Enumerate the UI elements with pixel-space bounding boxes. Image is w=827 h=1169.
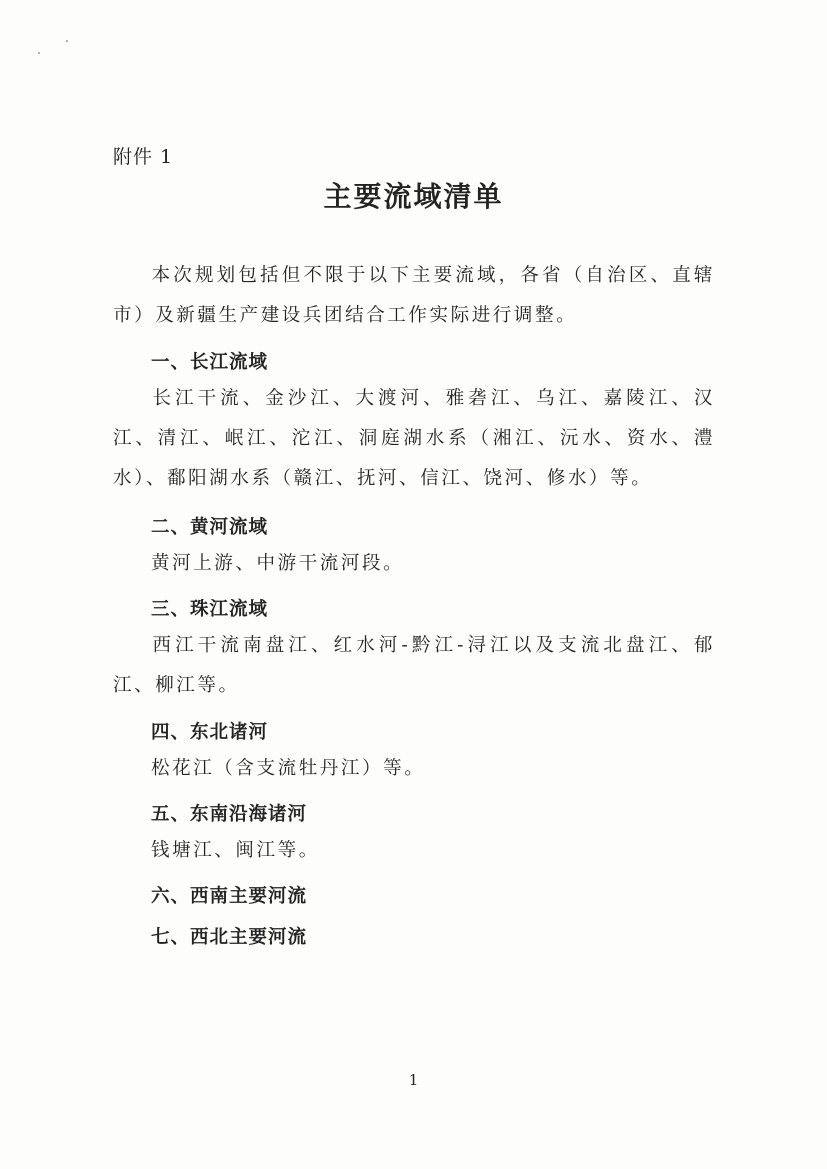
document-page: 附件 1 主要流域清单 本次规划包括但不限于以下主要流域，各省（自治区、直辖市）… [0, 0, 827, 1169]
intro-text: 本次规划包括但不限于以下主要流域，各省（自治区、直辖市）及新疆生产建设兵团结合工… [113, 265, 715, 326]
section-heading-1: 一、长江流域 [151, 348, 268, 374]
section-heading-2: 二、黄河流域 [151, 513, 268, 539]
section-body-text: 钱塘江、闽江等。 [151, 840, 320, 861]
section-body-3: 西江干流南盘江、红水河-黔江-浔江以及支流北盘江、郁江、柳江等。 [113, 626, 715, 706]
document-title: 主要流域清单 [0, 175, 827, 215]
attachment-label: 附件 1 [113, 142, 173, 169]
scan-speck [38, 52, 40, 54]
section-body-text: 西江干流南盘江、红水河-黔江-浔江以及支流北盘江、郁江、柳江等。 [113, 635, 715, 696]
section-body-2: 黄河上游、中游干流河段。 [113, 544, 715, 584]
intro-paragraph: 本次规划包括但不限于以下主要流域，各省（自治区、直辖市）及新疆生产建设兵团结合工… [113, 256, 715, 336]
section-heading-4: 四、东北诸河 [151, 718, 268, 744]
section-body-5: 钱塘江、闽江等。 [113, 831, 715, 871]
section-heading-6: 六、西南主要河流 [151, 882, 307, 908]
section-body-text: 黄河上游、中游干流河段。 [151, 553, 404, 574]
section-body-text: 长江干流、金沙江、大渡河、雅砻江、乌江、嘉陵江、汉江、清江、岷江、沱江、洞庭湖水… [113, 388, 715, 489]
page-number: 1 [0, 1071, 827, 1089]
section-heading-5: 五、东南沿海诸河 [151, 800, 307, 826]
section-heading-3: 三、珠江流域 [151, 595, 268, 621]
section-heading-7: 七、西北主要河流 [151, 923, 307, 949]
section-body-4: 松花江（含支流牡丹江）等。 [113, 749, 715, 789]
section-body-1: 长江干流、金沙江、大渡河、雅砻江、乌江、嘉陵江、汉江、清江、岷江、沱江、洞庭湖水… [113, 379, 715, 499]
section-body-text: 松花江（含支流牡丹江）等。 [151, 758, 425, 779]
scan-speck [66, 40, 68, 42]
